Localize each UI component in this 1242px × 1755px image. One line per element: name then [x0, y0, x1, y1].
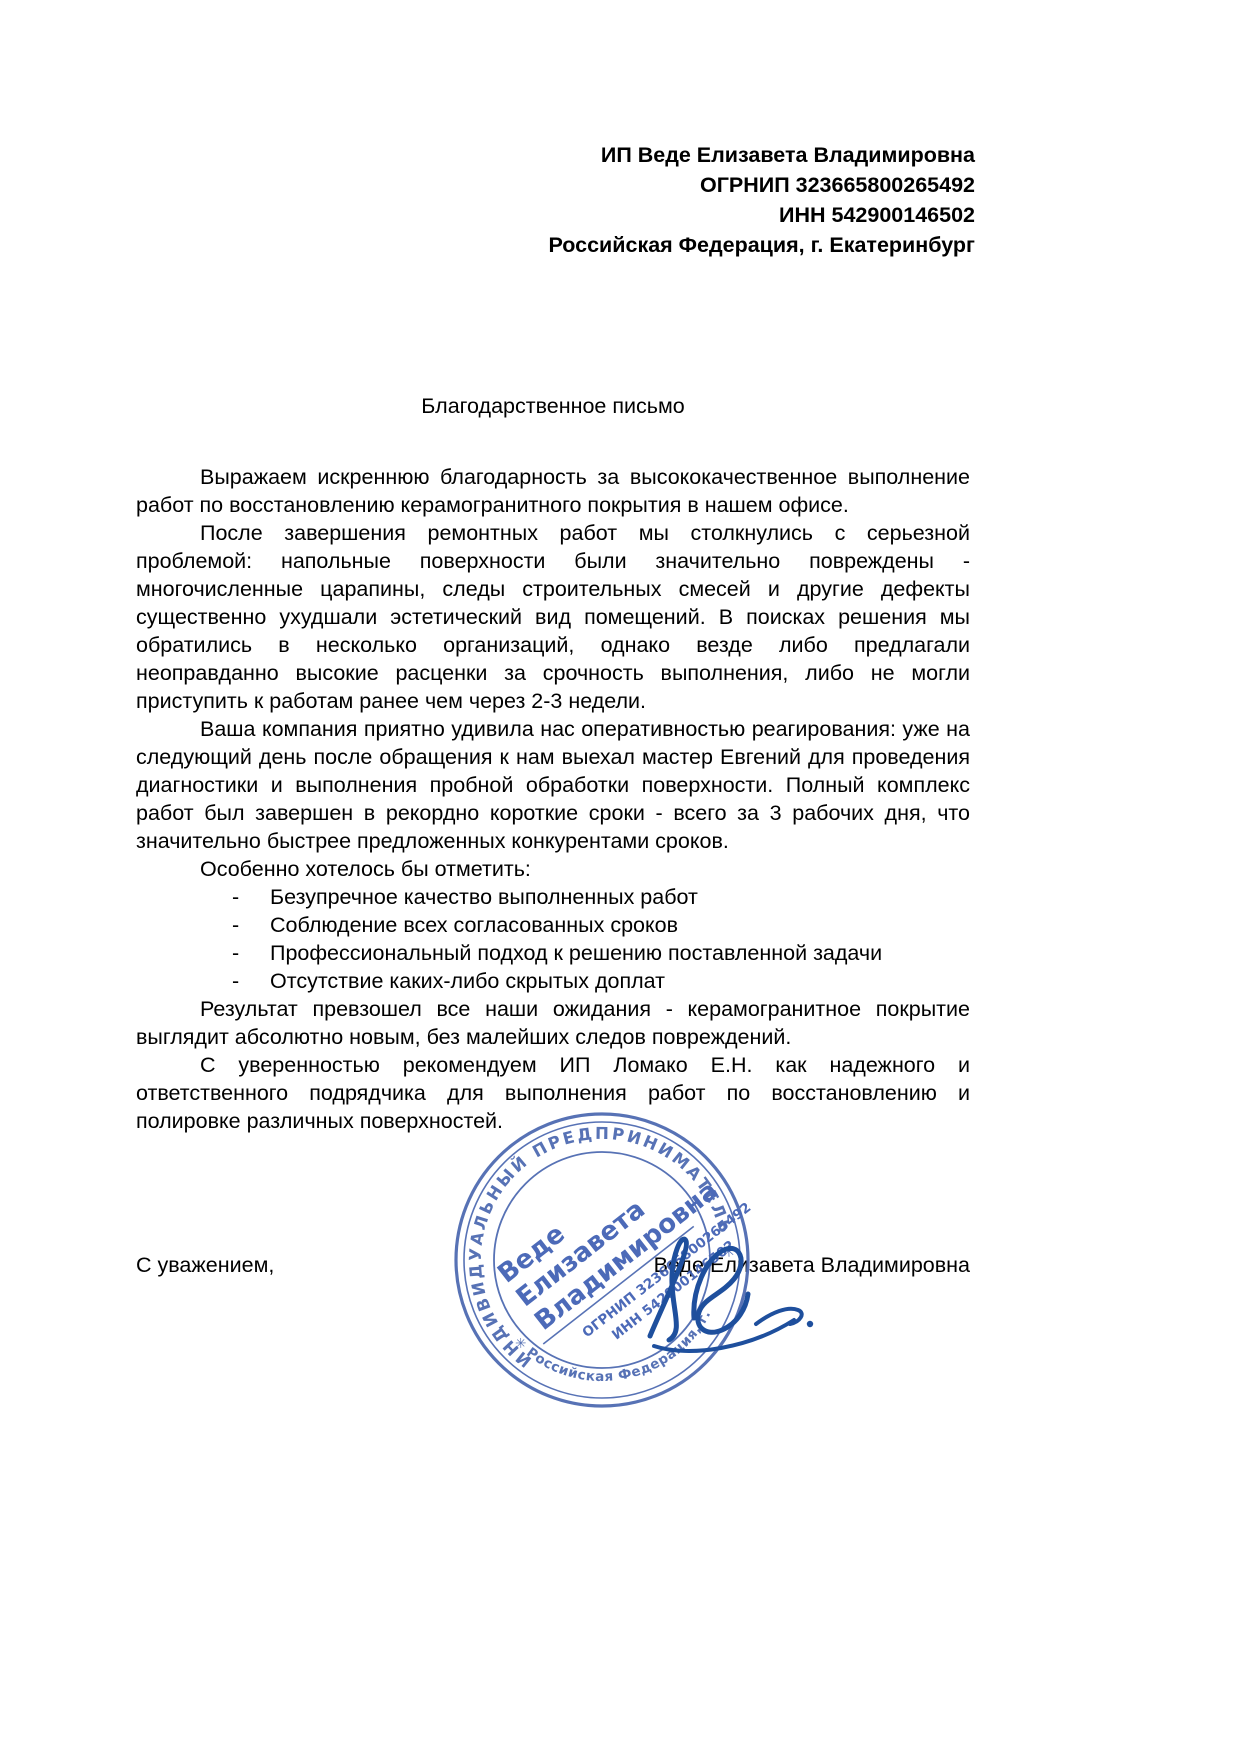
list-dash: - [232, 883, 270, 911]
paragraph-response: Ваша компания приятно удивила нас операт… [136, 715, 970, 855]
letter-page: ИП Веде Елизавета Владимировна ОГРНИП 32… [0, 0, 1242, 1755]
list-dash: - [232, 939, 270, 967]
letter-title: Благодарственное письмо [136, 391, 970, 421]
list-item-text: Отсутствие каких-либо скрытых доплат [270, 967, 665, 995]
paragraph-result: Результат превзошел все наши ожидания - … [136, 995, 970, 1051]
list-dash: - [232, 911, 270, 939]
sender-location: Российская Федерация, г. Екатеринбург [0, 230, 975, 260]
paragraph-gratitude: Выражаем искреннюю благодарность за высо… [136, 463, 970, 519]
handwritten-signature [638, 1232, 838, 1367]
autograph-svg [638, 1232, 838, 1367]
list-item: - Профессиональный подход к решению пост… [136, 939, 970, 967]
sender-block: ИП Веде Елизавета Владимировна ОГРНИП 32… [0, 140, 1242, 260]
list-item: - Отсутствие каких-либо скрытых доплат [136, 967, 970, 995]
sender-inn: ИНН 542900146502 [0, 200, 975, 230]
letter-body: Выражаем искреннюю благодарность за высо… [136, 463, 970, 1135]
list-item-text: Профессиональный подход к решению постав… [270, 939, 882, 967]
list-item-text: Безупречное качество выполненных работ [270, 883, 698, 911]
closing-phrase: С уважением, [136, 1250, 274, 1280]
autograph-stroke [650, 1239, 686, 1340]
autograph-dot [807, 1321, 813, 1327]
list-dash: - [232, 967, 270, 995]
autograph-stroke [694, 1248, 748, 1332]
sender-name: ИП Веде Елизавета Владимировна [0, 140, 975, 170]
list-item: - Безупречное качество выполненных работ [136, 883, 970, 911]
sender-ogrnip: ОГРНИП 323665800265492 [0, 170, 975, 200]
paragraph-problem: После завершения ремонтных работ мы стол… [136, 519, 970, 715]
autograph-stroke [756, 1309, 802, 1324]
highlights-list: - Безупречное качество выполненных работ… [136, 883, 970, 995]
list-intro: Особенно хотелось бы отметить: [136, 855, 970, 883]
list-item-text: Соблюдение всех согласованных сроков [270, 911, 678, 939]
list-item: - Соблюдение всех согласованных сроков [136, 911, 970, 939]
